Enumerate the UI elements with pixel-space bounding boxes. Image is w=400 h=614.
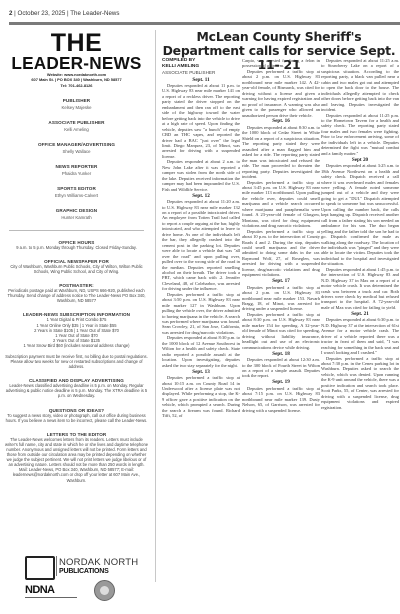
report-paragraph: Deputies responded at about 11:20 a.m. t… — [162, 199, 240, 292]
staff-role: NEWS REPORTER — [0, 164, 153, 169]
publisher-logos: NORDAK NORTH PUBLICATIONS NDNA — [22, 548, 142, 608]
report-paragraph: Carpio, was arrested for being a felon i… — [242, 58, 320, 69]
date-subheading: Sept 20 — [321, 157, 399, 163]
nordak-north-logo: NORDAK NORTH — [59, 557, 138, 568]
column-divider — [155, 30, 156, 582]
north-dakota-map-icon — [25, 556, 55, 580]
staff-name: Kelsey Majeske — [0, 105, 153, 110]
masthead-title-line2: LEADER-NEWS — [0, 55, 153, 72]
top-rule — [9, 22, 400, 25]
publications-logo-text: PUBLICATIONS — [59, 568, 109, 575]
report-paragraph: Deputies responded at about 11:25 a.m. t… — [321, 58, 399, 113]
report-paragraph: Deputies responded at about 11 p.m. to U… — [162, 83, 240, 159]
date-subheading: Sept. 19 — [242, 379, 320, 385]
info-body: The Leader-News welcomes letters from it… — [0, 437, 153, 483]
masthead-sidebar: THE LEADER-NEWS Website: www.nordaknorth… — [0, 26, 153, 483]
info-body: Leader-News classified advertising deadl… — [0, 383, 153, 398]
staff-role: PUBLISHER — [0, 98, 153, 103]
info-body: City of Washburn, Washburn Public School… — [0, 264, 153, 274]
report-paragraph: Deputies performed a traffic stop at abo… — [321, 356, 399, 411]
staff-role: OFFICE MANAGER/ADVERTISING — [0, 142, 153, 147]
date-subheading: Sept. 16 — [242, 118, 320, 124]
staff-role: SPORTS EDITOR — [0, 186, 153, 191]
info-body: To suggest a news story, video or photog… — [0, 413, 153, 423]
issue-date: October 23, 2025 — [18, 10, 66, 17]
date-subheading: Sept. 13 — [162, 369, 240, 375]
date-subheading: Sept. 11 — [162, 77, 240, 83]
staff-role: GRAPHIC DESIGN — [0, 208, 153, 213]
report-paragraph: Deputies performed a traffic stop at abo… — [242, 229, 320, 278]
report-paragraph: Deputies performed a traffic stop at abo… — [162, 375, 240, 419]
date-subheading: Sept. 12 — [162, 193, 240, 199]
date-subheading: Sept. 17 — [242, 278, 320, 284]
ndna-underline — [25, 597, 77, 598]
logo-divider — [56, 556, 57, 576]
article-column-2: Carpio, was arrested for being a felon i… — [242, 58, 320, 413]
report-paragraph: Deputies performed a traffic stop at abo… — [242, 285, 320, 312]
masthead-phone: Tel: 701-462-8126 — [0, 83, 153, 88]
article-column-1: COMPILED BY KELLI AMELING ASSOCIATE PUBL… — [162, 58, 240, 419]
folio: 2 | October 23, 2025 | The Leader-News — [9, 10, 119, 17]
page-number: 2 — [9, 10, 12, 17]
staff-name: Phaidra Yunker — [0, 171, 153, 176]
info-body: 9 a.m. to 5 p.m. Monday through Thursday… — [0, 245, 153, 250]
report-paragraph: Deputies responded at about 12:30 a.m. t… — [242, 357, 320, 379]
staff-list: PUBLISHER Kelsey MajeskeASSOCIATE PUBLIS… — [0, 98, 153, 220]
staff-role: ASSOCIATE PUBLISHER — [0, 120, 153, 125]
date-subheading: Sept. 18 — [242, 351, 320, 357]
report-paragraph: Deputies performed a traffic stop at abo… — [242, 312, 320, 350]
article-column-3: Deputies responded at about 11:25 a.m. t… — [321, 58, 399, 410]
staff-name: Ethyn Williams-Calvert — [0, 193, 153, 198]
report-paragraph: Deputies responded at about 6:30 p.m. to… — [321, 317, 399, 355]
date-subheading: Sept. 21 — [321, 311, 399, 317]
report-paragraph: Deputies responded at about 1:45 p.m. to… — [321, 267, 399, 311]
staff-name: Hunter Kamrath — [0, 215, 153, 220]
report-paragraph: Deputies performed a traffic stop at abo… — [242, 69, 320, 118]
info-sections: OFFICE HOURS9 a.m. to 5 p.m. Monday thro… — [0, 240, 153, 483]
report-paragraph: Deputies responded at about 8:30 p.m. to… — [162, 335, 240, 368]
staff-name: Kelli Ameling — [0, 127, 153, 132]
state-seal-icon — [94, 580, 115, 601]
masthead-title-line1: THE — [0, 32, 153, 55]
report-paragraph: Deputies performed a traffic stop at abo… — [162, 292, 240, 336]
info-body: Periodicals postage paid at Washburn, ND… — [0, 288, 153, 303]
report-paragraph: Deputies responded at about 3:25 a.m. to… — [321, 163, 399, 267]
report-paragraph: Deputies responded at about 2 a.m. to Ne… — [162, 159, 240, 192]
byline-title: ASSOCIATE PUBLISHER — [162, 70, 240, 76]
staff-name: Shelly Wallace — [0, 149, 153, 154]
report-paragraph: Deputies responded at about 8:30 a.m. to… — [242, 125, 320, 180]
divider — [9, 230, 144, 231]
info-body: Subscription payment must be receive fir… — [0, 354, 153, 369]
report-paragraph: Deputies performed a traffic stop at abo… — [242, 386, 320, 413]
paper-name: The Leader-News — [70, 10, 119, 17]
report-paragraph: Deputies performed a traffic stop at abo… — [242, 180, 320, 229]
report-paragraph: Deputies responded at about 11:25 p.m. t… — [321, 113, 399, 157]
ndna-logo: NDNA — [25, 584, 54, 596]
